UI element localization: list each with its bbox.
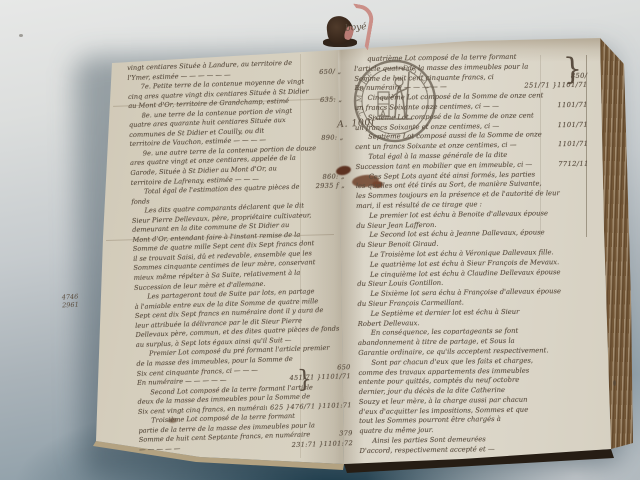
photograph-of-manuscript: TIMBRE ROYAL boyé A. 100f 4746 2961 } } … <box>0 0 640 480</box>
right-page-handwriting: quatrième Lot composé de la terre forman… <box>354 52 593 457</box>
registration-annotation: boyé <box>345 22 367 34</box>
manuscript-line-amount: 1101/71 <box>558 140 588 150</box>
manuscript-line-amount: 1101/71 <box>557 101 587 111</box>
left-page-handwriting: vingt centiares Située à Landure, au ter… <box>127 57 353 455</box>
manuscript-line-amount: 650 <box>337 363 351 373</box>
marginal-figures: 4746 2961 <box>62 294 79 310</box>
dust-speck <box>19 34 23 37</box>
manuscript-line-amount: 379 <box>339 429 353 439</box>
manuscript-line-amount: 1101/71 <box>558 120 588 130</box>
dust-speck <box>613 380 616 386</box>
manuscript-line-amount: 7712/11 <box>558 160 588 170</box>
marginal-figure-line: 2961 <box>62 301 79 309</box>
manuscript-line-amount: 231:71 }1101:72 <box>292 439 354 450</box>
